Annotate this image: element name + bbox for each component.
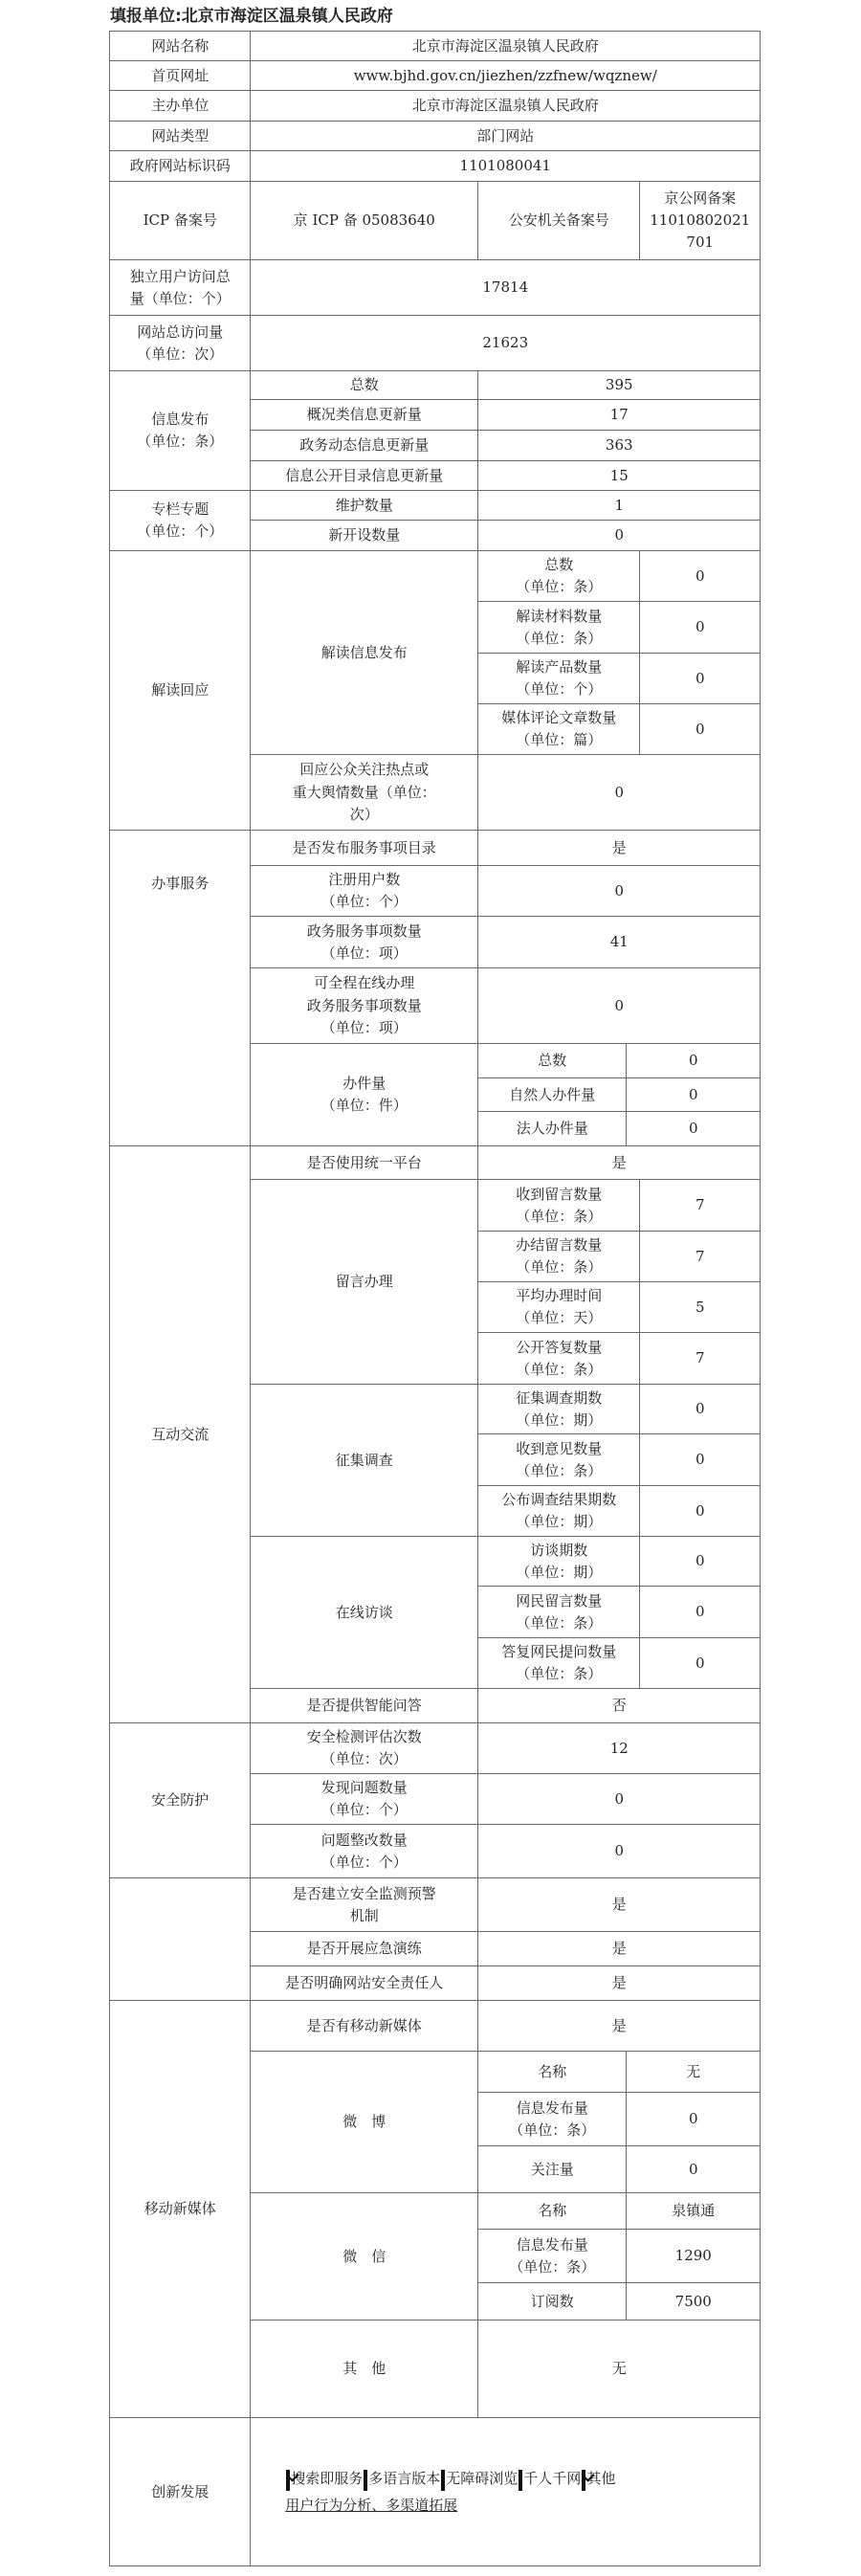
security-extra-row-label: 是否明确网站安全责任人 <box>250 1965 478 2001</box>
message-handling-label: 留言办理 <box>250 1179 478 1385</box>
value-text: 21623 <box>482 332 528 354</box>
label-text: 互动交流 <box>151 1424 209 1446</box>
label-text: 微 信 <box>342 2246 386 2268</box>
talk-row-label: 答复网民提问数量 （单位：条） <box>477 1637 640 1689</box>
value-text: 0 <box>689 1050 698 1072</box>
weibo-row-value: 无 <box>626 2051 761 2093</box>
msg-row-value: 7 <box>639 1179 761 1232</box>
label-text: ICP 备案号 <box>143 210 217 232</box>
info-row-value: 15 <box>477 460 761 491</box>
innovation-label: 创新发展 <box>109 2417 251 2566</box>
info-row-label: 政务动态信息更新量 <box>250 430 478 461</box>
cases-row-label: 总数 <box>477 1043 627 1078</box>
platform-value: 是 <box>477 1145 761 1180</box>
value-text: 0 <box>695 566 705 588</box>
interpret-row-value: 0 <box>639 601 761 654</box>
security-extra-row-value: 是 <box>477 1877 761 1932</box>
interpret-row-label: 媒体评论文章数量 （单位：篇） <box>477 703 640 755</box>
label-text: 信息发布量 （单位：条） <box>509 2098 595 2143</box>
label-text: 注册用户数 （单位：个） <box>321 869 408 914</box>
option-label: 无障碍浏览 <box>446 2470 518 2487</box>
value-text: 京 ICP 备 05083640 <box>294 210 435 232</box>
uv-label: 独立用户访问总 量（单位：个） <box>109 259 251 316</box>
value-text: 0 <box>695 1653 705 1675</box>
info-row-value: 17 <box>477 399 761 431</box>
online-label: 可全程在线办理 政务服务事项数量 （单位：项） <box>250 967 478 1044</box>
label-text: 答复网民提问数量 （单位：条） <box>501 1641 616 1686</box>
label-text: 是否建立安全监测预警 机制 <box>293 1883 436 1928</box>
label-text: 安全防护 <box>151 1789 209 1811</box>
has-media-value: 是 <box>477 2000 761 2052</box>
value-text: 北京市海淀区温泉镇人民政府 <box>412 35 599 57</box>
survey-label: 征集调查 <box>250 1384 478 1537</box>
label-text: 政府网站标识码 <box>130 155 231 177</box>
smart-qa-label: 是否提供智能问答 <box>250 1688 478 1723</box>
security-row-value: 12 <box>477 1722 761 1774</box>
security-label: 安全防护 <box>109 1722 251 1878</box>
other-media-value: 无 <box>477 2320 761 2418</box>
survey-row-label: 收到意见数量 （单位：条） <box>477 1433 640 1486</box>
site-name-label: 网站名称 <box>109 31 251 61</box>
weibo-row-label: 信息发布量 （单位：条） <box>477 2092 627 2146</box>
label-text: 征集调查 <box>336 1450 393 1472</box>
label-text: 收到留言数量 （单位：条） <box>516 1184 602 1229</box>
value-text: 0 <box>614 1840 624 1862</box>
value-text: 7 <box>695 1246 705 1268</box>
site-name-value: 北京市海淀区温泉镇人民政府 <box>250 31 761 61</box>
interpret-publish-label: 解读信息发布 <box>250 550 478 755</box>
value-text: 京公网备案 11010802021 701 <box>650 188 750 255</box>
interact-label: 互动交流 <box>109 1145 251 1723</box>
security-row-label: 安全检测评估次数 （单位：次） <box>250 1722 478 1774</box>
label-text: 创新发展 <box>151 2481 209 2503</box>
value-text: 0 <box>689 2159 698 2181</box>
value-text: 1 <box>614 495 624 517</box>
value-text: 0 <box>614 782 624 804</box>
wechat-row-label: 信息发布量 （单位：条） <box>477 2229 627 2283</box>
wechat-row-label: 名称 <box>477 2192 627 2230</box>
talk-row-label: 访谈期数 （单位：期） <box>477 1536 640 1587</box>
msg-row-value: 5 <box>639 1281 761 1333</box>
label-text: 办件量 （单位：件） <box>321 1073 408 1118</box>
label-text: 公安机关备案号 <box>509 210 609 232</box>
talk-row-value: 0 <box>639 1536 761 1587</box>
cases-label: 办件量 （单位：件） <box>250 1043 478 1146</box>
info-row-label: 概况类信息更新量 <box>250 399 478 431</box>
value-text: 部门网站 <box>476 125 534 147</box>
interpret-row-label: 解读材料数量 （单位：条） <box>477 601 640 654</box>
items-value: 41 <box>477 916 761 968</box>
label-text: 名称 <box>538 2061 566 2083</box>
security-row-label: 发现问题数量 （单位：个） <box>250 1773 478 1825</box>
value-text: 0 <box>689 1118 698 1140</box>
weibo-row-label: 关注量 <box>477 2145 627 2193</box>
label-text: 是否提供智能问答 <box>307 1695 422 1717</box>
checkbox-empty-icon[interactable] <box>519 2470 522 2491</box>
value-text: 北京市海淀区温泉镇人民政府 <box>412 95 599 117</box>
security-extra-row-label: 是否建立安全监测预警 机制 <box>250 1877 478 1932</box>
value-text: 0 <box>695 1550 705 1572</box>
online-interview-label: 在线访谈 <box>250 1536 478 1689</box>
survey-row-value: 0 <box>639 1433 761 1486</box>
label-text: 办事服务 <box>151 873 209 895</box>
info-row-label: 总数 <box>250 370 478 400</box>
security-extra-row-value: 是 <box>477 1931 761 1966</box>
users-label: 注册用户数 （单位：个） <box>250 865 478 917</box>
option-label: 搜索即服务 <box>291 2470 363 2487</box>
icp-value: 京 ICP 备 05083640 <box>250 181 478 260</box>
pv-value: 21623 <box>250 315 761 371</box>
value-text: 7 <box>695 1194 705 1216</box>
security-row-label: 问题整改数量 （单位：个） <box>250 1824 478 1878</box>
value-text: 0 <box>695 1398 705 1420</box>
value-text: 1290 <box>675 2245 712 2267</box>
label-text: 是否有移动新媒体 <box>307 2015 422 2037</box>
column-row-value: 0 <box>477 520 761 551</box>
cases-row-value: 0 <box>626 1077 761 1112</box>
weibo-row-value: 0 <box>626 2092 761 2146</box>
column-row-label: 新开设数量 <box>250 520 478 551</box>
label-text: 解读信息发布 <box>321 642 408 664</box>
label-text: 是否开展应急演练 <box>307 1938 422 1960</box>
value-text: 0 <box>614 524 624 546</box>
label-text: 新开设数量 <box>328 524 400 546</box>
uv-value: 17814 <box>250 259 761 316</box>
label-text: 在线访谈 <box>336 1602 393 1624</box>
value-text: 0 <box>689 2108 698 2130</box>
weibo-label: 微 博 <box>250 2051 478 2193</box>
label-text: 信息发布 （单位：条） <box>137 409 223 454</box>
interpret-row-value: 0 <box>639 653 761 704</box>
column-row-value: 1 <box>477 490 761 521</box>
label-text: 微 博 <box>342 2111 386 2133</box>
label-text: 独立用户访问总 量（单位：个） <box>130 266 231 311</box>
wechat-row-value: 7500 <box>626 2282 761 2321</box>
security-extra-row-label: 是否开展应急演练 <box>250 1931 478 1966</box>
label-text: 发现问题数量 （单位：个） <box>321 1777 408 1822</box>
label-text: 概况类信息更新量 <box>307 404 422 426</box>
label-text: 网站名称 <box>151 35 209 57</box>
security-extra-label <box>109 1877 251 2001</box>
label-text: 平均办理时间 （单位：天） <box>516 1285 602 1330</box>
msg-row-label: 公开答复数量 （单位：条） <box>477 1332 640 1385</box>
smart-qa-value: 否 <box>477 1688 761 1723</box>
label-text: 安全检测评估次数 （单位：次） <box>307 1726 422 1771</box>
wechat-label: 微 信 <box>250 2192 478 2321</box>
value-text: 0 <box>695 668 705 690</box>
catalog-value: 是 <box>477 830 761 866</box>
label-text: 政务动态信息更新量 <box>299 434 429 456</box>
value-text: 0 <box>614 995 624 1017</box>
value-text: 是 <box>612 1894 627 1916</box>
value-text: 0 <box>695 1449 705 1471</box>
value-text: 15 <box>610 465 629 487</box>
value-text: 是 <box>612 1972 627 1994</box>
survey-row-label: 征集调查期数 （单位：期） <box>477 1384 640 1434</box>
msg-row-label: 收到留言数量 （单位：条） <box>477 1179 640 1232</box>
label-text: 总数 <box>538 1050 566 1072</box>
report-unit-title: 填报单位:北京市海淀区温泉镇人民政府 <box>110 2 393 26</box>
label-text: 访谈期数 （单位：期） <box>516 1540 602 1585</box>
label-text: 公布调查结果期数 （单位：期） <box>501 1489 616 1534</box>
label-text: 自然人办件量 <box>509 1084 595 1106</box>
value-text: 41 <box>610 931 629 953</box>
value-text: 泉镇通 <box>672 2200 715 2222</box>
value-text: 是 <box>612 1938 627 1960</box>
value-text: 否 <box>612 1695 627 1717</box>
label-text: 征集调查期数 （单位：期） <box>516 1388 602 1432</box>
value-text: www.bjhd.gov.cn/jiezhen/zzfnew/wqznew/ <box>354 65 657 87</box>
value-text: 0 <box>695 719 705 741</box>
value-text: 0 <box>695 1500 705 1522</box>
label-text: 公开答复数量 （单位：条） <box>516 1337 602 1382</box>
platform-label: 是否使用统一平台 <box>250 1145 478 1180</box>
value-text: 0 <box>614 880 624 902</box>
survey-row-value: 0 <box>639 1384 761 1434</box>
option-label: 多语言版本 <box>368 2470 440 2487</box>
checkbox-empty-icon[interactable] <box>441 2470 445 2491</box>
label-text: 是否明确网站安全责任人 <box>285 1972 443 1994</box>
label-text: 法人办件量 <box>517 1118 588 1140</box>
value-text: 17 <box>610 404 629 426</box>
survey-row-label: 公布调查结果期数 （单位：期） <box>477 1485 640 1537</box>
site-code-label: 政府网站标识码 <box>109 150 251 182</box>
value-text: 12 <box>610 1738 629 1760</box>
label-text: 维护数量 <box>336 495 393 517</box>
security-row-value: 0 <box>477 1824 761 1878</box>
value-text: 1101080041 <box>460 155 551 177</box>
cases-row-value: 0 <box>626 1043 761 1078</box>
site-code-value: 1101080041 <box>250 150 761 182</box>
checkbox-checked-icon[interactable] <box>582 2470 585 2491</box>
label-text: 网站类型 <box>151 125 209 147</box>
media-label: 移动新媒体 <box>109 2000 251 2418</box>
value-text: 是 <box>612 837 627 859</box>
info-publish-label: 信息发布 （单位：条） <box>109 370 251 491</box>
weibo-row-label: 名称 <box>477 2051 627 2093</box>
security-row-value: 0 <box>477 1773 761 1825</box>
label-text: 留言办理 <box>336 1271 393 1293</box>
column-row-label: 维护数量 <box>250 490 478 521</box>
value-text: 0 <box>614 1788 624 1810</box>
wechat-row-label: 订阅数 <box>477 2282 627 2321</box>
value-text: 无 <box>612 2358 627 2380</box>
label-text: 办结留言数量 （单位：条） <box>516 1234 602 1279</box>
label-text: 解读产品数量 （单位：个） <box>516 656 602 701</box>
innovation-options: 搜索即服务多语言版本无障碍浏览千人千网其他 用户行为分析、多渠道拓展 <box>250 2417 761 2566</box>
value-text: 363 <box>606 434 633 456</box>
value-text: 7 <box>695 1347 705 1369</box>
label-text: 总数 <box>350 374 379 396</box>
label-text: 信息发布量 （单位：条） <box>509 2234 595 2279</box>
msg-row-value: 7 <box>639 1231 761 1282</box>
label-text: 解读材料数量 （单位：条） <box>516 606 602 651</box>
label-text: 收到意见数量 （单位：条） <box>516 1438 602 1483</box>
survey-row-value: 0 <box>639 1485 761 1537</box>
label-text: 问题整改数量 （单位：个） <box>321 1830 408 1875</box>
label-text: 信息公开目录信息更新量 <box>285 465 443 487</box>
talk-row-value: 0 <box>639 1637 761 1689</box>
sponsor-label: 主办单位 <box>109 90 251 122</box>
msg-row-label: 办结留言数量 （单位：条） <box>477 1231 640 1282</box>
label-text: 是否使用统一平台 <box>307 1152 422 1174</box>
police-value: 京公网备案 11010802021 701 <box>639 181 761 260</box>
homepage-label: 首页网址 <box>109 60 251 91</box>
talk-row-value: 0 <box>639 1586 761 1638</box>
icp-label: ICP 备案号 <box>109 181 251 260</box>
info-row-label: 信息公开目录信息更新量 <box>250 460 478 491</box>
wechat-row-value: 1290 <box>626 2229 761 2283</box>
info-row-value: 363 <box>477 430 761 461</box>
value-text: 17814 <box>482 277 528 299</box>
label-text: 网民留言数量 （单位：条） <box>516 1590 602 1635</box>
label-text: 媒体评论文章数量 （单位：篇） <box>501 707 616 752</box>
label-text: 网站总访问量 （单位：次） <box>137 322 223 366</box>
cases-row-label: 法人办件量 <box>477 1111 627 1146</box>
wechat-row-value: 泉镇通 <box>626 2192 761 2230</box>
weibo-row-value: 0 <box>626 2145 761 2193</box>
checkbox-checked-icon[interactable] <box>286 2470 290 2491</box>
value-text: 是 <box>612 2015 627 2037</box>
value-text: 0 <box>695 616 705 638</box>
online-value: 0 <box>477 967 761 1044</box>
interpret-row-label: 总数 （单位：条） <box>477 550 640 602</box>
has-media-label: 是否有移动新媒体 <box>250 2000 478 2052</box>
items-label: 政务服务事项数量 （单位：项） <box>250 916 478 968</box>
label-text: 总数 （单位：条） <box>516 554 602 599</box>
label-text: 移动新媒体 <box>144 2198 216 2220</box>
catalog-label: 是否发布服务事项目录 <box>250 830 478 866</box>
checkbox-empty-icon[interactable] <box>364 2470 367 2491</box>
interpret-label: 解读回应 <box>109 550 251 831</box>
label-text: 可全程在线办理 政务服务事项数量 （单位：项） <box>307 972 422 1039</box>
interpret-row-value: 0 <box>639 703 761 755</box>
interpret-row-label: 解读产品数量 （单位：个） <box>477 653 640 704</box>
value-text: 0 <box>689 1084 698 1106</box>
value-text: 是 <box>612 1152 627 1174</box>
column-topic-label: 专栏专题 （单位：个） <box>109 490 251 551</box>
label-text: 订阅数 <box>531 2291 574 2313</box>
innovation-other-text: 用户行为分析、多渠道拓展 <box>285 2493 615 2518</box>
label-text: 政务服务事项数量 （单位：项） <box>307 921 422 966</box>
users-value: 0 <box>477 865 761 917</box>
homepage-value: www.bjhd.gov.cn/jiezhen/zzfnew/wqznew/ <box>250 60 761 91</box>
value-text: 7500 <box>675 2291 712 2313</box>
innovation-checkbox-row: 搜索即服务多语言版本无障碍浏览千人千网其他 <box>285 2466 615 2493</box>
service-label: 办事服务 <box>109 830 251 1146</box>
police-label: 公安机关备案号 <box>477 181 640 260</box>
cases-row-value: 0 <box>626 1111 761 1146</box>
talk-row-label: 网民留言数量 （单位：条） <box>477 1586 640 1638</box>
label-text: 其 他 <box>342 2358 386 2380</box>
msg-row-label: 平均办理时间 （单位：天） <box>477 1281 640 1333</box>
label-text: 回应公众关注热点或 重大舆情数量（单位： 次） <box>293 759 436 826</box>
value-text: 无 <box>686 2061 700 2083</box>
respond-label: 回应公众关注热点或 重大舆情数量（单位： 次） <box>250 754 478 831</box>
label-text: 是否发布服务事项目录 <box>293 837 436 859</box>
label-text: 主办单位 <box>151 95 209 117</box>
label-text: 首页网址 <box>151 65 209 87</box>
value-text: 5 <box>695 1297 705 1319</box>
label-text: 专栏专题 （单位：个） <box>137 499 223 544</box>
value-text: 395 <box>606 374 633 396</box>
interpret-row-value: 0 <box>639 550 761 602</box>
site-type-value: 部门网站 <box>250 121 761 151</box>
security-extra-row-value: 是 <box>477 1965 761 2001</box>
option-label: 千人千网 <box>523 2470 581 2487</box>
cases-row-label: 自然人办件量 <box>477 1077 627 1112</box>
sponsor-value: 北京市海淀区温泉镇人民政府 <box>250 90 761 122</box>
label-text: 名称 <box>538 2200 566 2222</box>
value-text: 0 <box>695 1601 705 1623</box>
label-text: 解读回应 <box>151 679 209 701</box>
respond-value: 0 <box>477 754 761 831</box>
msg-row-value: 7 <box>639 1332 761 1385</box>
pv-label: 网站总访问量 （单位：次） <box>109 315 251 371</box>
site-type-label: 网站类型 <box>109 121 251 151</box>
label-text: 关注量 <box>531 2159 574 2181</box>
other-media-label: 其 他 <box>250 2320 478 2418</box>
info-row-value: 395 <box>477 370 761 400</box>
